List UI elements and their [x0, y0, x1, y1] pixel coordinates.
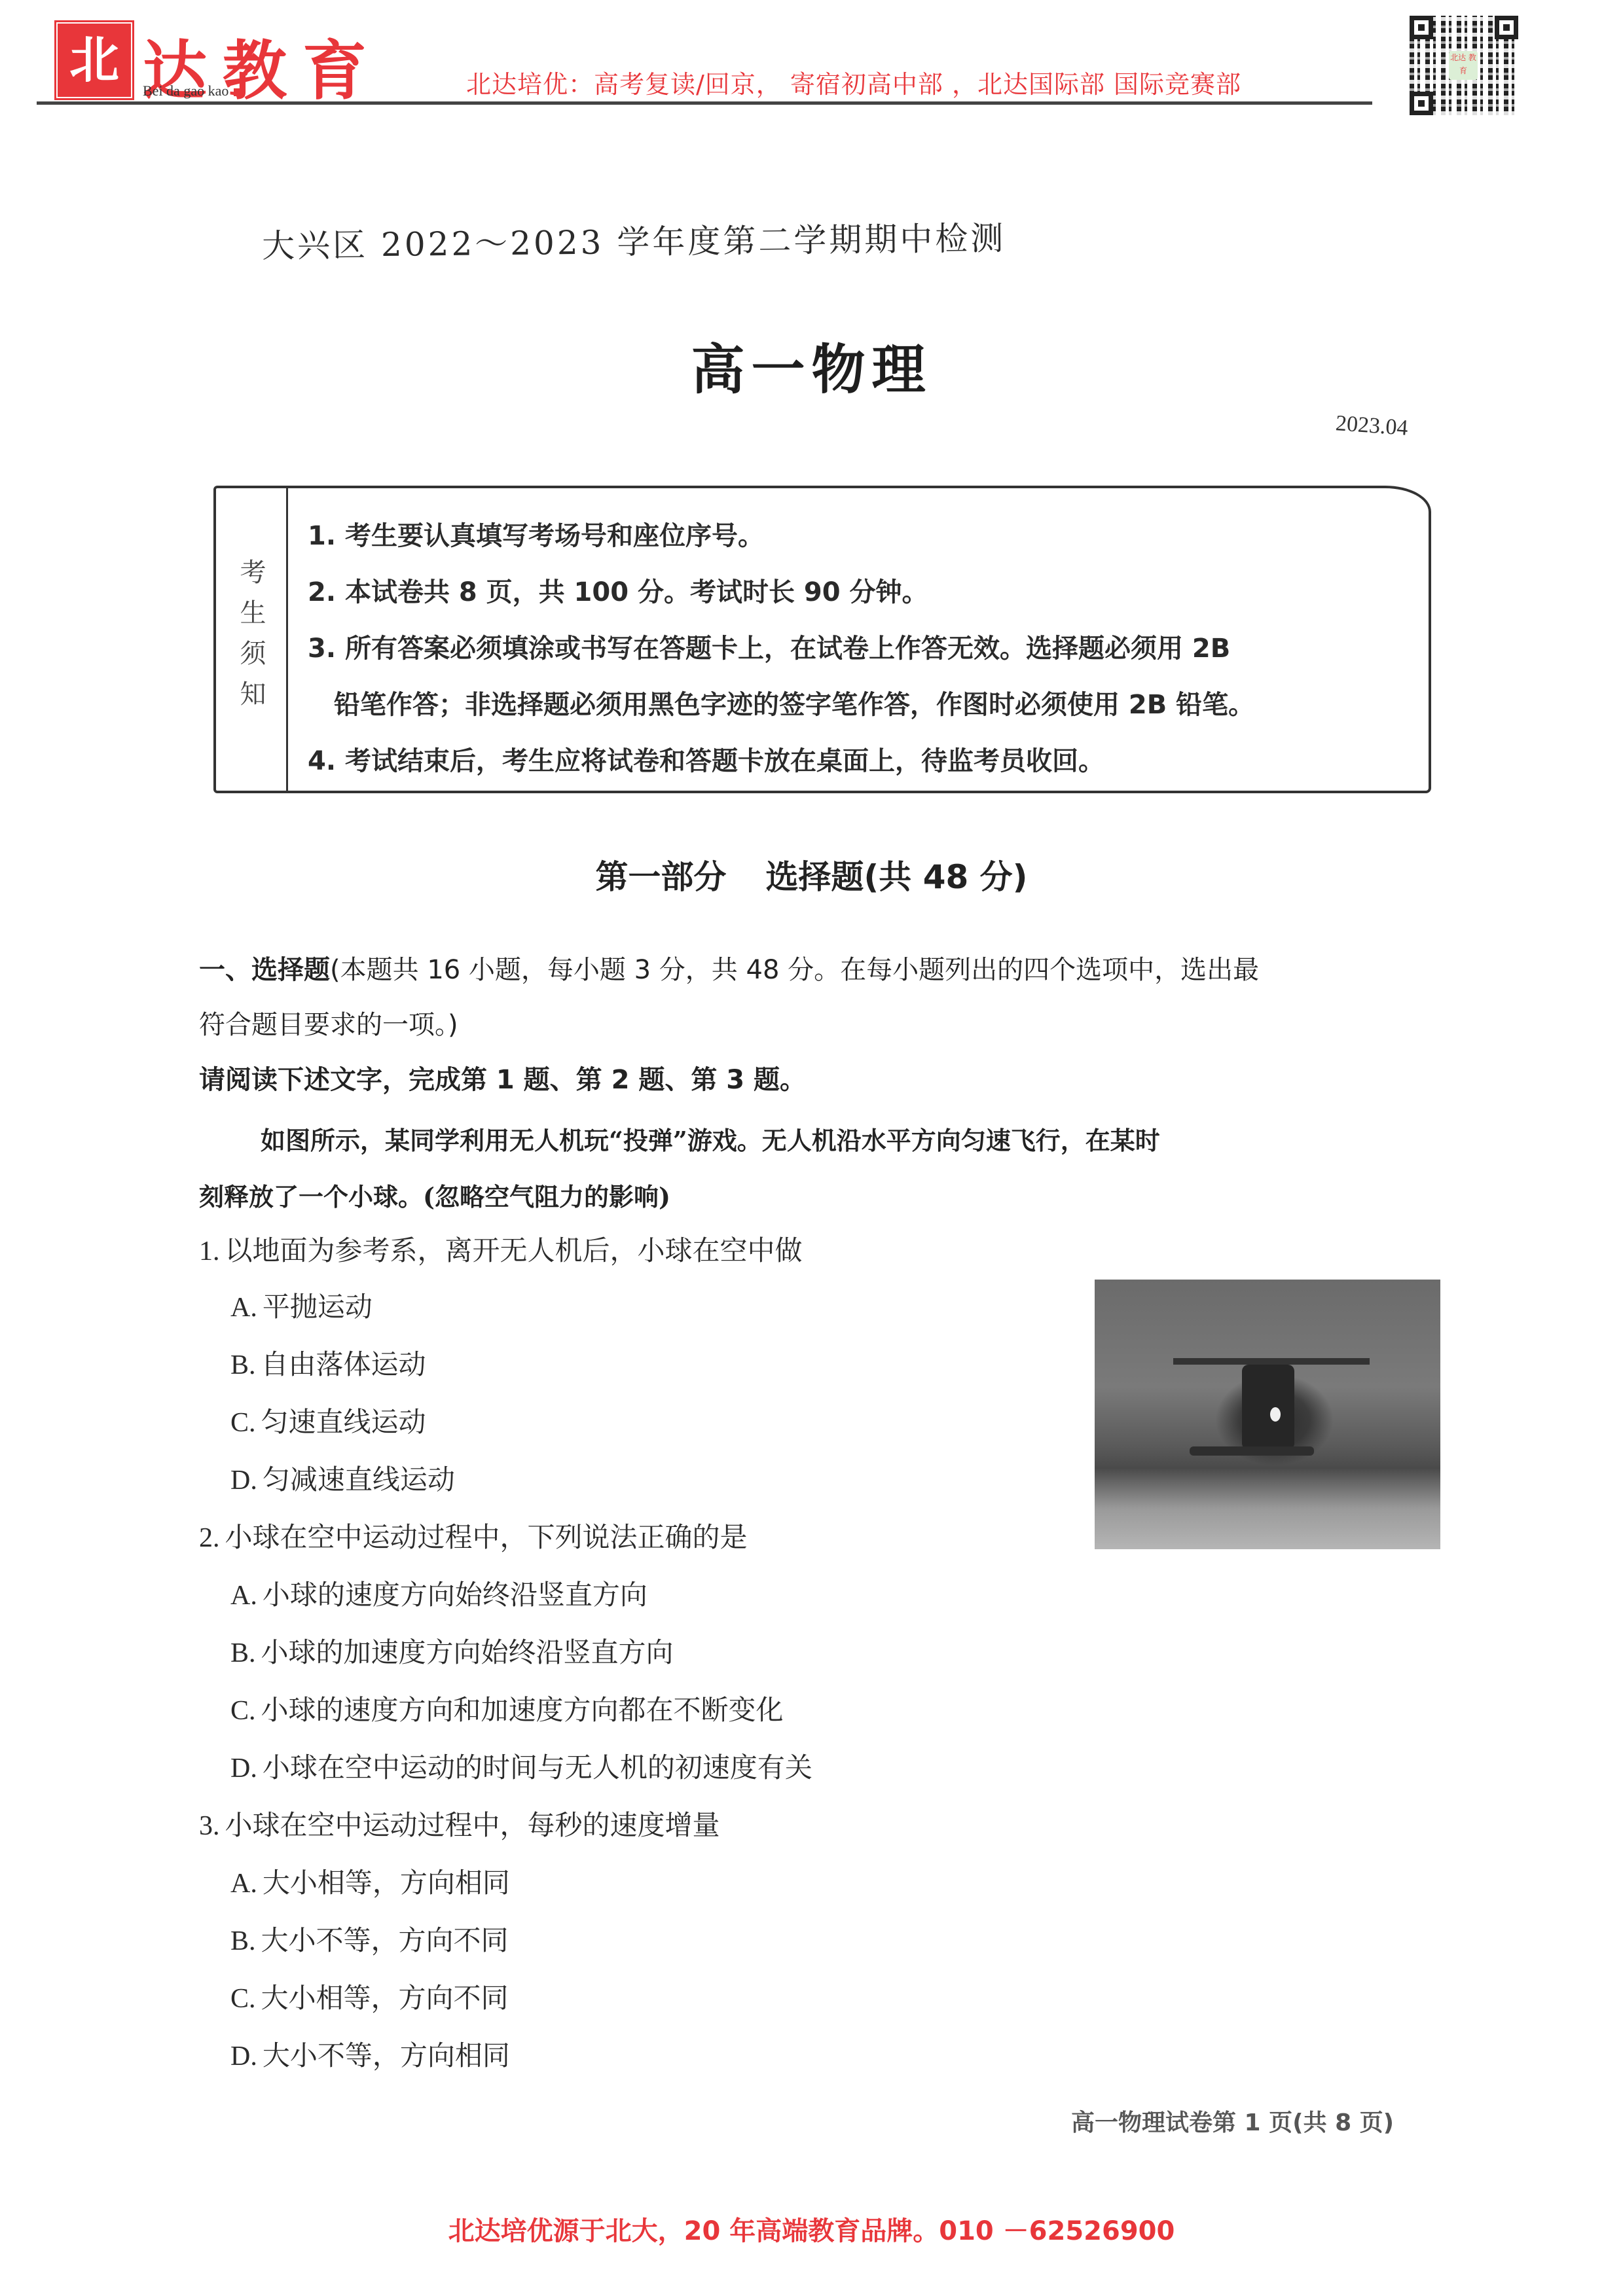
notice-label: 考生须知 [216, 488, 288, 791]
notice-item: 铅笔作答；非选择题必须用黑色字迹的签字笔作答，作图时必须使用 2B 铅笔。 [308, 677, 1415, 733]
option-letter: D. [230, 2041, 257, 2072]
option-text: 小球的加速度方向始终沿竖直方向 [261, 1636, 674, 1668]
notice-item: 4. 考试结束后，考生应将试卷和答题卡放在桌面上，待监考员收回。 [308, 733, 1415, 789]
instruction-text: (本题共 16 小题，每小题 3 分，共 48 分。在每小题列出的四个选项中，选… [330, 955, 1259, 985]
question-number: 3. [199, 1811, 220, 1841]
option-text: 大小不等，方向相同 [263, 2039, 510, 2072]
part-title-sub: 选择题(共 48 分) [765, 858, 1027, 896]
drone-body [1242, 1365, 1294, 1450]
option-letter: A. [230, 1869, 257, 1899]
drone-arm [1173, 1358, 1370, 1365]
option-text: 自由落体运动 [261, 1348, 426, 1380]
candidate-notice-box: 考生须知 1. 考生要认真填写考场号和座位序号。 2. 本试卷共 8 页，共 1… [213, 486, 1431, 793]
option-text: 大小不等，方向不同 [261, 1924, 509, 1956]
option-letter: D. [230, 1465, 257, 1496]
option-2b: B.小球的加速度方向始终沿竖直方向 [230, 1631, 674, 1670]
option-letter: C. [230, 1984, 256, 2014]
option-1b: B.自由落体运动 [230, 1343, 426, 1382]
stem-line: 如图所示，某同学利用无人机玩“投弹”游戏。无人机沿水平方向匀速飞行，在某时 [199, 1113, 1450, 1169]
option-letter: A. [230, 1581, 257, 1611]
option-letter: C. [230, 1696, 256, 1726]
question-2: 2.小球在空中运动过程中，下列说法正确的是 [199, 1516, 748, 1555]
square-icon [234, 88, 242, 96]
question-number: 2. [199, 1523, 220, 1553]
qr-finder-icon [1410, 16, 1433, 39]
logo-seal-icon: 北 [58, 24, 131, 97]
notice-label-text: 考生须知 [232, 558, 270, 721]
stem-line: 刻释放了一个小球。(忽略空气阻力的影响) [199, 1169, 1450, 1225]
brand-logo: 北 达教育 Bei da gao kao [58, 24, 424, 102]
page-number: 高一物理试卷第 1 页(共 8 页) [1071, 2104, 1394, 2138]
question-text: 小球在空中运动过程中，下列说法正确的是 [225, 1521, 748, 1553]
footer-advert: 北达培优源于北大，20 年高端教育品牌。010 －62526900 [0, 2210, 1623, 2248]
part-title: 第一部分选择题(共 48 分) [0, 851, 1623, 898]
question-text: 以地面为参考系，离开无人机后，小球在空中做 [225, 1234, 803, 1266]
option-text: 匀减速直线运动 [263, 1463, 455, 1496]
drone-photo [1095, 1280, 1440, 1549]
header-divider [37, 101, 1372, 105]
option-3a: A.大小相等，方向相同 [230, 1861, 510, 1901]
option-text: 大小相等，方向不同 [261, 1982, 509, 2014]
qr-finder-icon [1410, 92, 1433, 115]
subject-title: 高一物理 [0, 327, 1623, 404]
option-text: 匀速直线运动 [261, 1406, 426, 1438]
qr-code-icon: 北达 教育 [1410, 16, 1518, 115]
exam-title: 大兴区 2022～2023 学年度第二学期期中检测 [262, 212, 1006, 267]
reading-prompt: 请阅读下述文字，完成第 1 题、第 2 题、第 3 题。 [199, 1052, 1443, 1107]
option-text: 平抛运动 [263, 1291, 373, 1323]
notice-item: 1. 考生要认真填写考场号和座位序号。 [308, 508, 1415, 564]
qr-finder-icon [1495, 16, 1518, 39]
option-2d: D.小球在空中运动的时间与无人机的初速度有关 [230, 1746, 812, 1785]
option-letter: D. [230, 1753, 257, 1784]
qr-center-logo: 北达 教育 [1449, 51, 1478, 80]
option-2a: A.小球的速度方向始终沿竖直方向 [230, 1573, 647, 1613]
logo-pinyin-text: Bei da gao kao [143, 82, 228, 99]
option-1c: C.匀速直线运动 [230, 1401, 426, 1440]
question-3: 3.小球在空中运动过程中，每秒的速度增量 [199, 1804, 720, 1843]
question-number: 1. [199, 1236, 220, 1266]
option-letter: B. [230, 1926, 256, 1956]
section-instruction: 一、选择题(本题共 16 小题，每小题 3 分，共 48 分。在每小题列出的四个… [199, 942, 1443, 997]
option-3d: D.大小不等，方向相同 [230, 2034, 510, 2073]
section-label: 一、选择题 [199, 955, 330, 985]
option-text: 大小相等，方向相同 [263, 1867, 510, 1899]
notice-item: 2. 本试卷共 8 页，共 100 分。考试时长 90 分钟。 [308, 564, 1415, 620]
question-text: 小球在空中运动过程中，每秒的速度增量 [225, 1809, 720, 1841]
logo-pinyin: Bei da gao kao [143, 82, 242, 99]
ball-icon [1270, 1407, 1281, 1422]
part-title-main: 第一部分 [595, 858, 726, 896]
drone-skid [1190, 1446, 1314, 1456]
option-letter: B. [230, 1350, 256, 1380]
question-stem: 如图所示，某同学利用无人机玩“投弹”游戏。无人机沿水平方向匀速飞行，在某时 刻释… [199, 1113, 1450, 1225]
header-slogan: 北达培优：高考复读/回京， 寄宿初高中部 ，北达国际部 国际竞赛部 [466, 64, 1241, 100]
exam-date: 2023.04 [1335, 411, 1409, 441]
option-letter: B. [230, 1638, 256, 1668]
option-text: 小球的速度方向和加速度方向都在不断变化 [261, 1694, 784, 1726]
option-letter: A. [230, 1293, 257, 1323]
notice-list: 1. 考生要认真填写考场号和座位序号。 2. 本试卷共 8 页，共 100 分。… [308, 508, 1415, 789]
section-instruction-cont: 符合题目要求的一项。) [199, 997, 1443, 1052]
option-text: 小球在空中运动的时间与无人机的初速度有关 [263, 1751, 812, 1784]
option-1d: D.匀减速直线运动 [230, 1458, 455, 1498]
option-2c: C.小球的速度方向和加速度方向都在不断变化 [230, 1689, 784, 1728]
option-3c: C.大小相等，方向不同 [230, 1977, 509, 2016]
option-letter: C. [230, 1408, 256, 1438]
notice-item: 3. 所有答案必须填涂或书写在答题卡上，在试卷上作答无效。选择题必须用 2B [308, 620, 1415, 677]
question-1: 1.以地面为参考系，离开无人机后，小球在空中做 [199, 1229, 803, 1268]
option-3b: B.大小不等，方向不同 [230, 1919, 509, 1958]
option-1a: A.平抛运动 [230, 1285, 373, 1325]
option-text: 小球的速度方向始终沿竖直方向 [263, 1579, 647, 1611]
